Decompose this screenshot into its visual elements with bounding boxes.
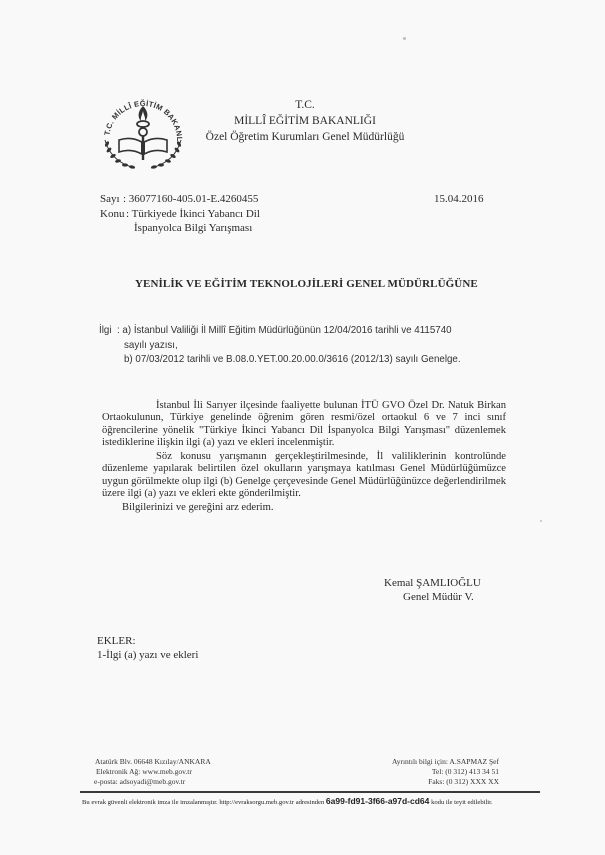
ilgi-b: b) 07/03/2012 tarihli ve B.08.0.YET.00.2…: [124, 352, 461, 367]
document-date: 15.04.2016: [434, 192, 484, 206]
body-paragraph-2: Söz konusu yarışmanın gerçekleştirilmesi…: [102, 451, 506, 500]
scan-speck: [403, 37, 406, 40]
addressee-heading: YENİLİK VE EĞİTİM TEKNOLOJİLERİ GENEL MÜ…: [135, 278, 478, 290]
body-paragraph-1: İstanbul İli Sarıyer ilçesinde faaliyett…: [102, 400, 506, 449]
verification-code: 6a99-fd91-3f66-a97d-cd64: [326, 796, 429, 806]
footer-fax: Faks: (0 312) XXX XX: [428, 777, 499, 787]
e-signature-verification: Bu evrak güvenli elektronik imza ile imz…: [82, 796, 493, 806]
konu-line-2: İspanyolca Bilgi Yarışması: [134, 221, 252, 235]
verification-suffix: kodu ile teyit edilebilir.: [431, 799, 493, 806]
letter-body: İstanbul İli Sarıyer ilçesinde faaliyett…: [102, 400, 506, 515]
attachment-item: 1-İlgi (a) yazı ve ekleri: [97, 648, 198, 662]
ministry-emblem-icon: T.C. MİLLÎ EĞİTİM BAKANLIĞI: [97, 88, 189, 174]
ilgi-label: İlgi: [99, 323, 111, 338]
footer-tel: Tel: (0 312) 413 34 51: [432, 767, 499, 777]
sayi-value: : 36077160-405.01-E.4260455: [123, 192, 258, 206]
ilgi-a-line-1: : a) İstanbul Valiliği İl Millî Eğitim M…: [117, 323, 452, 338]
attachments-label: EKLER:: [97, 634, 136, 648]
ilgi-a-line-2: sayılı yazısı,: [124, 338, 178, 353]
department-name: Özel Öğretim Kurumları Genel Müdürlüğü: [200, 129, 410, 145]
footer-web: Elektronik Ağ: www.meb.gov.tr: [96, 767, 192, 777]
footer-email: e-posta: adsoyadi@meb.gov.tr: [94, 777, 185, 787]
sayi-label: Sayı: [100, 192, 120, 206]
signatory-name: Kemal ŞAMLIOĞLU: [384, 576, 481, 591]
footer-divider: [80, 791, 540, 793]
scan-speck: [540, 520, 542, 522]
konu-line-1: : Türkiyede İkinci Yabancı Dil: [126, 207, 260, 221]
konu-label: Konu: [100, 207, 124, 221]
verification-prefix: Bu evrak güvenli elektronik imza ile imz…: [82, 799, 324, 806]
footer-address: Atatürk Blv. 06648 Kızılay/ANKARA: [95, 757, 211, 767]
body-paragraph-3: Bilgilerinizi ve gereğini arz ederim.: [102, 502, 506, 514]
signatory-title: Genel Müdür V.: [403, 590, 474, 605]
ministry-name: MİLLÎ EĞİTİM BAKANLIĞI: [200, 113, 410, 129]
document-page: T.C. MİLLÎ EĞİTİM BAKANLIĞI T.C.: [0, 0, 605, 855]
footer-contact: Ayrıntılı bilgi için: A.SAPMAZ Şef: [392, 757, 499, 767]
header-tc: T.C.: [200, 97, 410, 113]
